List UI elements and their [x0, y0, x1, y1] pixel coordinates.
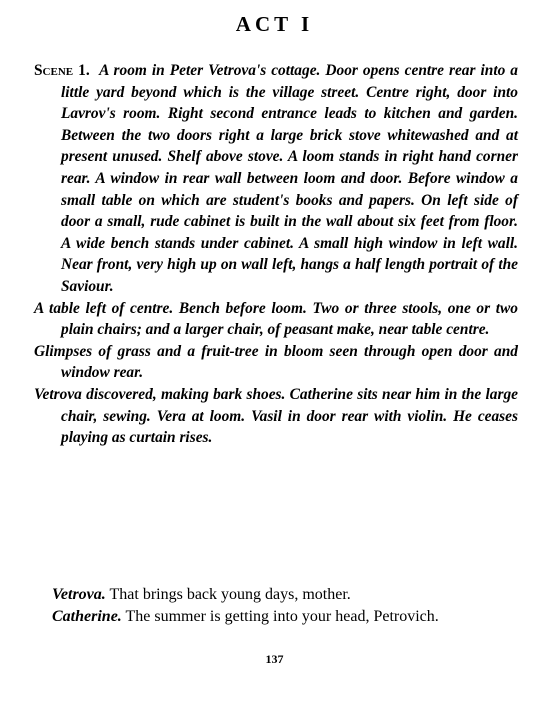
speech-line: Catherine. The summer is getting into yo… [34, 606, 518, 628]
scene-description: Scene 1. A room in Peter Vetrova's cotta… [34, 60, 518, 298]
speech-line: Vetrova. That brings back young days, mo… [34, 584, 518, 606]
speaker-name: Catherine. [52, 608, 122, 625]
dialogue: Vetrova. That brings back young days, mo… [34, 584, 518, 627]
speech-text: That brings back young days, mother. [106, 586, 351, 603]
stage-directions: Scene 1. A room in Peter Vetrova's cotta… [34, 60, 518, 449]
scene-description-text: A room in Peter Vetrova's cottage. Door … [61, 62, 518, 295]
furniture-description: A table left of centre. Bench before loo… [34, 298, 518, 341]
speaker-name: Vetrova. [52, 586, 106, 603]
characters-description: Vetrova discovered, making bark shoes. C… [34, 384, 518, 449]
act-title: ACT I [0, 12, 549, 37]
speech-text: The summer is getting into your head, Pe… [122, 608, 439, 625]
scene-label: Scene 1. [34, 62, 90, 79]
exterior-description: Glimpses of grass and a fruit-tree in bl… [34, 341, 518, 384]
page-number: 137 [0, 652, 549, 667]
